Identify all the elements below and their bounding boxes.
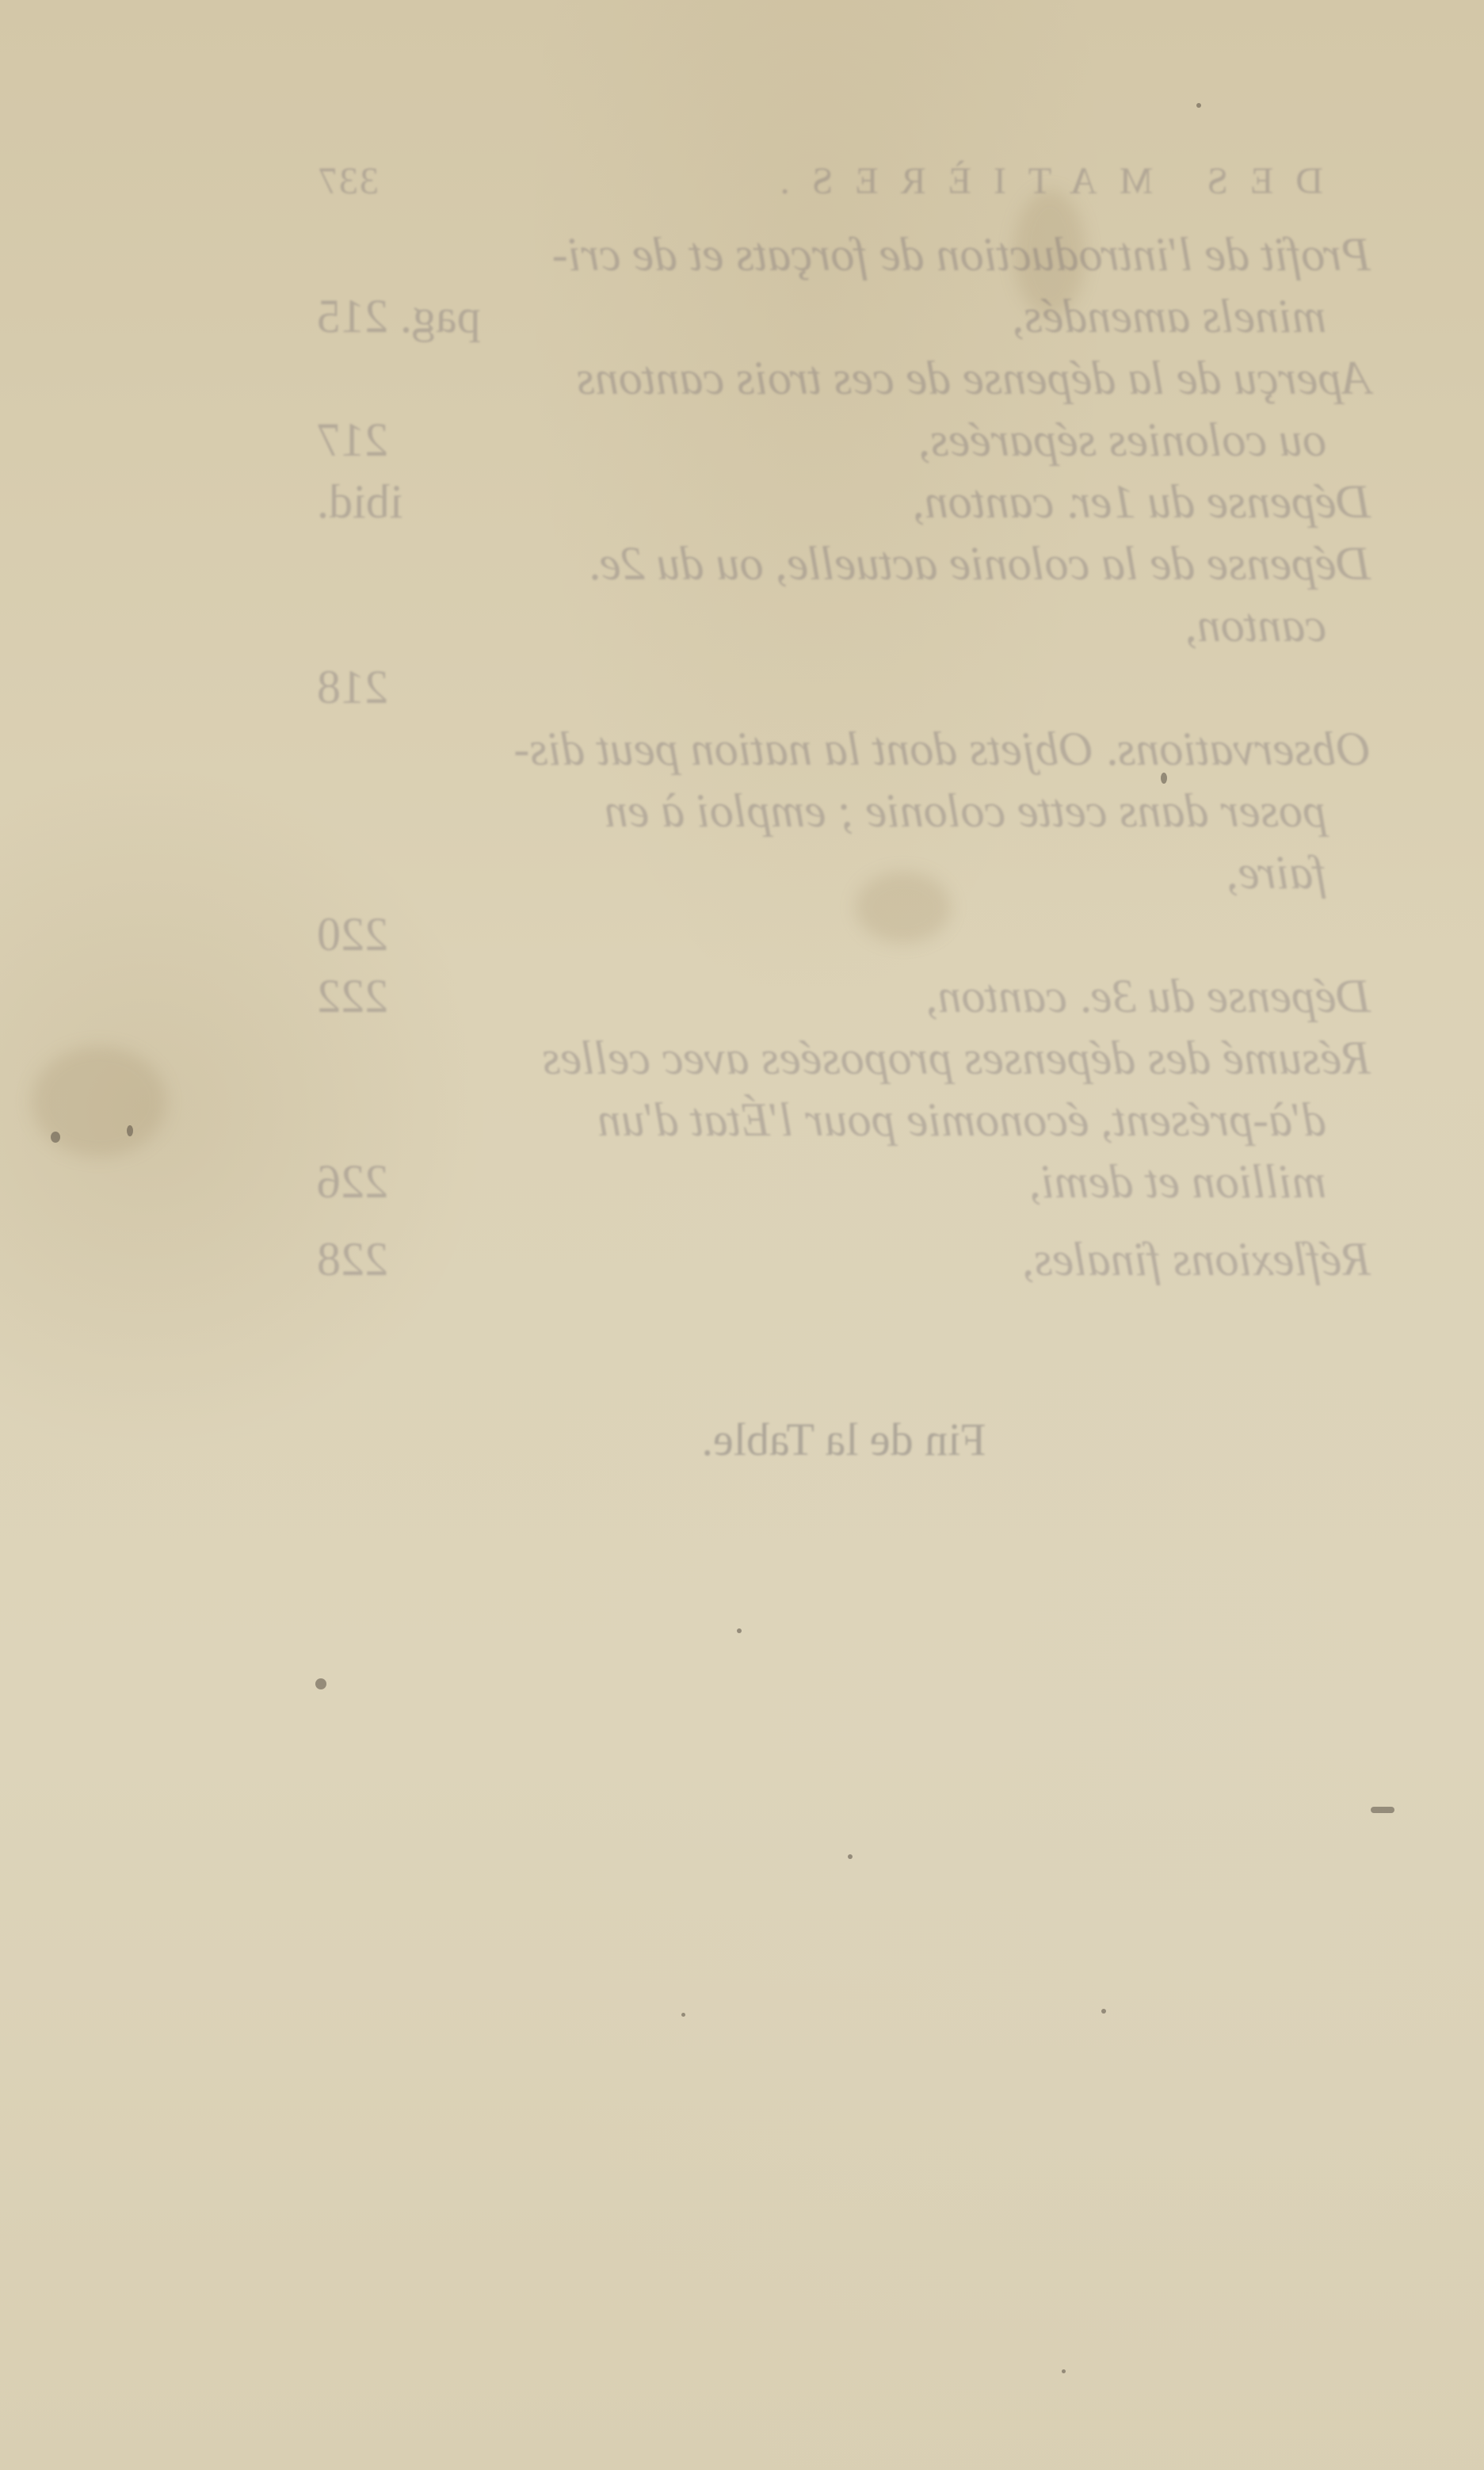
entry-line: faire,	[317, 842, 1371, 903]
entry-page-number: pag. 215	[317, 285, 481, 347]
paper-speck	[1062, 2369, 1066, 2373]
entry-line: Réflexions finales,	[1022, 1228, 1371, 1290]
paper-speck	[51, 1132, 60, 1143]
mirrored-bleed-through-text: DES MATIÈRES. 337 Profit de l'introducti…	[317, 151, 1371, 1471]
paper-speck	[1196, 103, 1201, 108]
entry-line: minels amendés,	[1012, 285, 1326, 347]
paper-speck	[681, 2013, 685, 2017]
entry-page-number: 222	[317, 965, 388, 1027]
toc-entry: Aperçu de la dépense de ces trois canton…	[317, 347, 1371, 471]
toc-entry: Profit de l'introduction de forçats et d…	[317, 223, 1371, 347]
running-header: DES MATIÈRES. 337	[317, 151, 1371, 212]
entry-line: Résumé des dépenses proposées avec celle…	[542, 1032, 1371, 1084]
header-page-number: 337	[317, 151, 379, 212]
toc-entry: Dépense du 1er. canton, ibid.	[317, 471, 1371, 533]
toc-entry: Résumé des dépenses proposées avec celle…	[317, 1027, 1371, 1212]
entry-line: Profit de l'introduction de forçats et d…	[552, 228, 1371, 281]
paper-speck	[1101, 2009, 1106, 2014]
toc-entry: Observations. Objets dont la nation peut…	[317, 718, 1371, 965]
header-title: DES MATIÈRES.	[758, 151, 1323, 212]
aged-paper-page: DES MATIÈRES. 337 Profit de l'introducti…	[0, 0, 1484, 2470]
entry-line: d'à-présent, économie pour l'État d'un	[317, 1089, 1371, 1151]
paper-speck	[848, 1854, 853, 1859]
toc-entry: Dépense de la colonie actuelle, ou du 2e…	[317, 533, 1371, 718]
entry-page-number: ibid.	[317, 471, 402, 533]
entry-line: canton,	[317, 594, 1371, 656]
entry-page-number: 228	[317, 1228, 388, 1290]
entry-page-number: 220	[317, 903, 388, 965]
toc-entry: Réflexions finales, 228	[317, 1228, 1371, 1290]
end-of-table-line: Fin de la Table.	[317, 1409, 1371, 1471]
entry-line: Dépense du 1er. canton,	[913, 471, 1371, 533]
entry-line: poser dans cette colonie ; emploi à en	[317, 780, 1371, 842]
entry-page-number: 226	[317, 1151, 388, 1212]
paper-speck	[1371, 1807, 1394, 1813]
entry-line: Observations. Objets dont la nation peut…	[513, 723, 1371, 775]
entry-line: Aperçu de la dépense de ces trois canton…	[576, 352, 1371, 404]
entry-line: million et demi,	[1029, 1151, 1326, 1212]
paper-speck	[737, 1628, 742, 1633]
entry-page-number: 217	[317, 409, 388, 471]
entry-page-number: 218	[317, 656, 388, 718]
entry-line: Dépense de la colonie actuelle, ou du 2e…	[588, 537, 1371, 590]
toc-entry: Dépense du 3e. canton, 222	[317, 965, 1371, 1027]
entry-line: ou colonies séparées,	[918, 409, 1326, 471]
paper-speck	[127, 1125, 133, 1136]
paper-speck	[315, 1678, 326, 1689]
entry-line: Dépense du 3e. canton,	[925, 965, 1371, 1027]
